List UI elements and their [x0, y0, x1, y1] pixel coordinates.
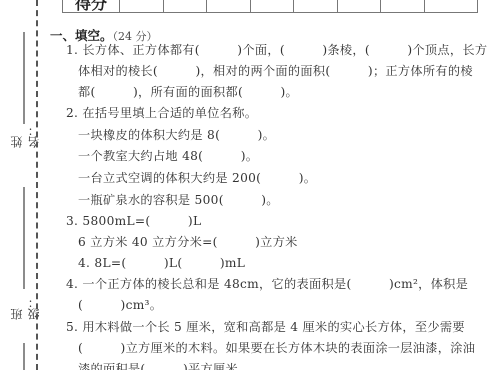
question-5-line-2: ( )立方厘米的木料。如果要在长方体木块的表面涂一层油漆，涂油	[78, 339, 475, 356]
question-2-line-3: 一个教室大约占地 48( )。	[78, 147, 258, 164]
question-1-line-3: 都( )，所有面的面积都( )。	[78, 83, 298, 100]
cut-line	[36, 0, 38, 370]
score-header-cell: 得分	[63, 0, 120, 13]
binding-line-middle	[23, 187, 25, 289]
question-1-line-2: 体相对的棱长( )，相对的两个面的面积( )；正方体所有的棱	[78, 62, 473, 79]
score-cell[interactable]	[381, 0, 425, 13]
score-cell[interactable]	[424, 0, 477, 13]
question-2-line-5: 一瓶矿泉水的容积是 500( )。	[78, 191, 279, 208]
binding-line-bottom	[23, 343, 25, 370]
question-4-line-1: 4. 一个正方体的棱长总和是 48cm，它的表面积是( )cm²，体积是	[66, 275, 468, 292]
question-2-line-1: 2. 在括号里填上合适的单位名称。	[66, 104, 257, 121]
score-table: 得分	[62, 0, 478, 13]
score-cell[interactable]	[250, 0, 294, 13]
question-3-line-2: 6 立方米 40 立方分米=( )立方米	[78, 233, 298, 250]
score-cell[interactable]	[163, 0, 207, 13]
question-3-line-3: 4. 8L=( )L( )mL	[78, 254, 245, 271]
question-3-line-1: 3. 5800mL=( )L	[66, 212, 201, 229]
question-5-line-1: 5. 用木料做一个长 5 厘米，宽和高都是 4 厘米的实心长方体，至少需要	[66, 318, 465, 335]
score-cell[interactable]	[120, 0, 164, 13]
binding-line-top	[23, 32, 25, 124]
question-2-line-4: 一台立式空调的体积大约是 200( )。	[78, 169, 316, 186]
question-4-line-2: ( )cm³。	[78, 296, 162, 313]
question-5-line-3: 漆的面积是( )平方厘米。	[78, 360, 250, 370]
question-2-line-2: 一块橡皮的体积大约是 8( )。	[78, 126, 275, 143]
score-cell[interactable]	[294, 0, 338, 13]
score-row: 得分	[63, 0, 478, 13]
name-label: 姓名：	[8, 124, 30, 148]
score-cell[interactable]	[207, 0, 251, 13]
question-1-line-1: 1. 长方体、正方体都有( )个面，( )条棱，( )个顶点，长方	[66, 41, 487, 58]
score-cell[interactable]	[337, 0, 381, 13]
class-label: 班级：	[8, 296, 30, 320]
